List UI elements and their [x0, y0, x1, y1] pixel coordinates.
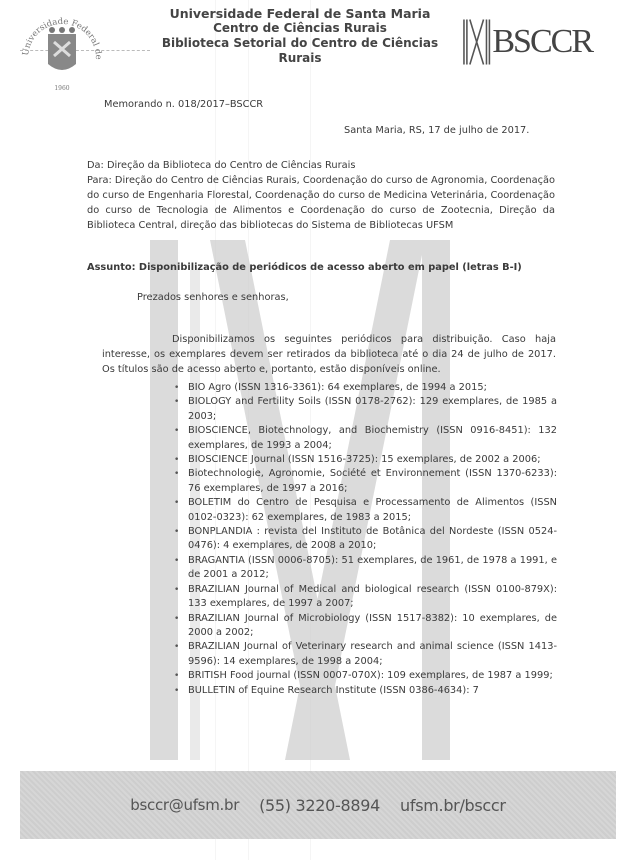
list-item: •BIO Agro (ISSN 1316-3361): 64 exemplare… [150, 381, 557, 395]
memo-to: Para: Direção do Centro de Ciências Rura… [87, 173, 555, 233]
footer-website[interactable]: ufsm.br/bsccr [400, 796, 506, 815]
list-item-text: Biotechnologie, Agronomie, Société et En… [188, 468, 557, 493]
list-item-text: BONPLANDIA : revista del Instituto de Bo… [188, 526, 557, 551]
list-item-text: BOLETIM do Centro de Pesquisa e Processa… [188, 497, 557, 522]
memo-intro: Disponibilizamos os seguintes periódicos… [102, 332, 556, 377]
memo-subject: Assunto: Disponibilização de periódicos … [87, 262, 522, 273]
list-item: •BRITISH Food journal (ISSN 0007-070X): … [150, 669, 557, 683]
list-item: •BIOSCIENCE Journal (ISSN 1516-3725): 15… [150, 453, 557, 467]
list-item: •BONPLANDIA : revista del Instituto de B… [150, 525, 557, 554]
list-item-text: BIOSCIENCE, Biotechnology, and Biochemis… [188, 425, 557, 450]
list-item: •BRAGANTIA (ISSN 0006-8705): 51 exemplar… [150, 554, 557, 583]
list-item-text: BRAGANTIA (ISSN 0006-8705): 51 exemplare… [188, 555, 557, 580]
bullet-icon: • [174, 640, 179, 654]
list-item: •BOLETIM do Centro de Pesquisa e Process… [150, 496, 557, 525]
bsccr-logo: BSCCR [462, 12, 592, 72]
library-name: Biblioteca Setorial do Centro de Ciência… [150, 36, 450, 66]
contact-footer: bsccr@ufsm.br (55) 3220-8894 ufsm.br/bsc… [20, 771, 616, 839]
memo-date: Santa Maria, RS, 17 de julho de 2017. [344, 125, 529, 136]
list-item: •BIOLOGY and Fertility Soils (ISSN 0178-… [150, 395, 557, 424]
list-item: •BULLETIN of Equine Research Institute (… [150, 684, 557, 698]
memo-from: Da: Direção da Biblioteca do Centro de C… [87, 158, 555, 173]
list-item: •BRAZILIAN Journal of Microbiology (ISSN… [150, 612, 557, 641]
bullet-icon: • [174, 669, 179, 683]
institution-header: Universidade Federal de Santa Maria Cent… [150, 6, 450, 66]
memo-addressing: Da: Direção da Biblioteca do Centro de C… [87, 158, 555, 233]
periodicals-list: •BIO Agro (ISSN 1316-3361): 64 exemplare… [150, 381, 557, 698]
list-item-text: BRAZILIAN Journal of Veterinary research… [188, 641, 557, 666]
bullet-icon: • [174, 525, 179, 539]
list-item-text: BIO Agro (ISSN 1316-3361): 64 exemplares… [188, 382, 487, 393]
bullet-icon: • [174, 395, 179, 409]
bullet-icon: • [174, 381, 179, 395]
bullet-icon: • [174, 496, 179, 510]
bullet-icon: • [174, 612, 179, 626]
bullet-icon: • [174, 684, 179, 698]
memo-number: Memorando n. 018/2017–BSCCR [104, 99, 263, 110]
bullet-icon: • [174, 554, 179, 568]
footer-email[interactable]: bsccr@ufsm.br [130, 796, 239, 814]
list-item-text: BIOSCIENCE Journal (ISSN 1516-3725): 15 … [188, 454, 541, 465]
list-item: •BRAZILIAN Journal of Medical and biolog… [150, 583, 557, 612]
list-item-text: BRITISH Food journal (ISSN 0007-070X): 1… [188, 670, 553, 681]
ixxi-logo-icon [462, 17, 491, 67]
brand-name: BSCCR [492, 25, 592, 59]
university-seal-icon: Universidade Federal de Santa Maria 1960 [18, 6, 106, 98]
list-item-text: BIOLOGY and Fertility Soils (ISSN 0178-2… [188, 396, 557, 421]
svg-text:1960: 1960 [54, 85, 69, 92]
memo-intro-text: Disponibilizamos os seguintes periódicos… [102, 334, 556, 375]
bullet-icon: • [174, 467, 179, 481]
list-item-text: BRAZILIAN Journal of Medical and biologi… [188, 584, 557, 609]
memo-greeting: Prezados senhores e senhoras, [137, 292, 289, 303]
list-item-text: BULLETIN of Equine Research Institute (I… [188, 685, 479, 696]
footer-phone: (55) 3220-8894 [259, 796, 380, 815]
list-item: •BRAZILIAN Journal of Veterinary researc… [150, 640, 557, 669]
list-item-text: BRAZILIAN Journal of Microbiology (ISSN … [188, 613, 557, 638]
center-name: Centro de Ciências Rurais [150, 21, 450, 36]
bullet-icon: • [174, 424, 179, 438]
list-item: •Biotechnologie, Agronomie, Société et E… [150, 467, 557, 496]
bullet-icon: • [174, 583, 179, 597]
bullet-icon: • [174, 453, 179, 467]
university-name: Universidade Federal de Santa Maria [150, 6, 450, 21]
list-item: •BIOSCIENCE, Biotechnology, and Biochemi… [150, 424, 557, 453]
